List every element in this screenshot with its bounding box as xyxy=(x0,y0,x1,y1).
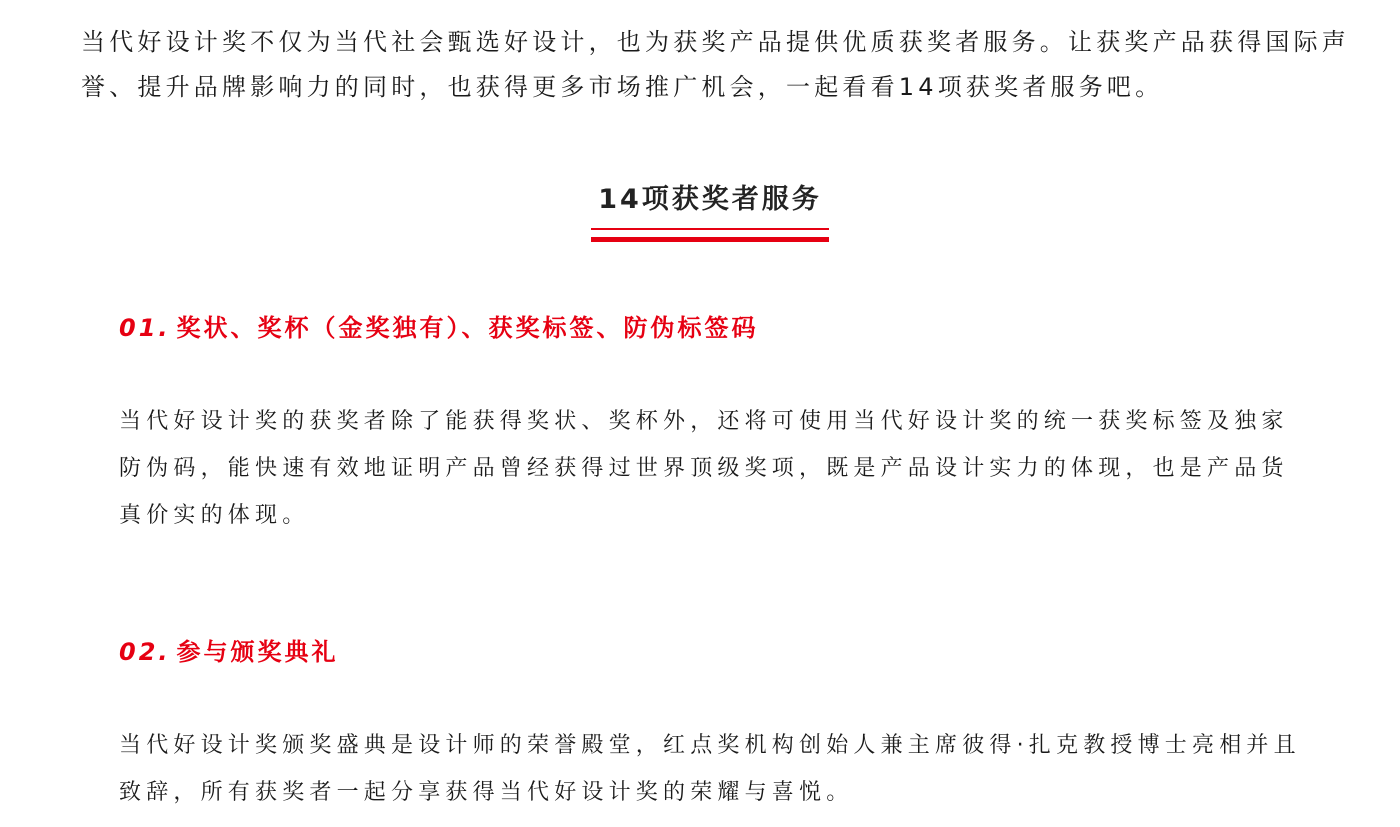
section-header: 14项获奖者服务 xyxy=(591,180,829,220)
title-underline-thick-divider xyxy=(591,237,829,242)
intro-paragraph: 当代好设计奖不仅为当代社会甄选好设计，也为获奖产品提供优质获奖者服务。让获奖产品… xyxy=(81,20,1351,110)
item-number: 02. xyxy=(119,638,171,666)
item-title: 参与颁奖典礼 xyxy=(177,638,339,666)
section-title: 14项获奖者服务 xyxy=(591,180,829,220)
title-underline-thin-divider xyxy=(591,228,829,230)
item-body-02: 当代好设计奖颁奖盛典是设计师的荣誉殿堂，红点奖机构创始人兼主席彼得·扎克教授博士… xyxy=(119,722,1309,816)
item-title: 奖状、奖杯（金奖独有）、获奖标签、防伪标签码 xyxy=(177,314,759,342)
item-heading-02: 02.参与颁奖典礼 xyxy=(119,635,339,669)
item-number: 01. xyxy=(119,314,171,342)
item-heading-01: 01.奖状、奖杯（金奖独有）、获奖标签、防伪标签码 xyxy=(119,311,759,345)
item-body-01: 当代好设计奖的获奖者除了能获得奖状、奖杯外，还将可使用当代好设计奖的统一获奖标签… xyxy=(119,398,1309,539)
